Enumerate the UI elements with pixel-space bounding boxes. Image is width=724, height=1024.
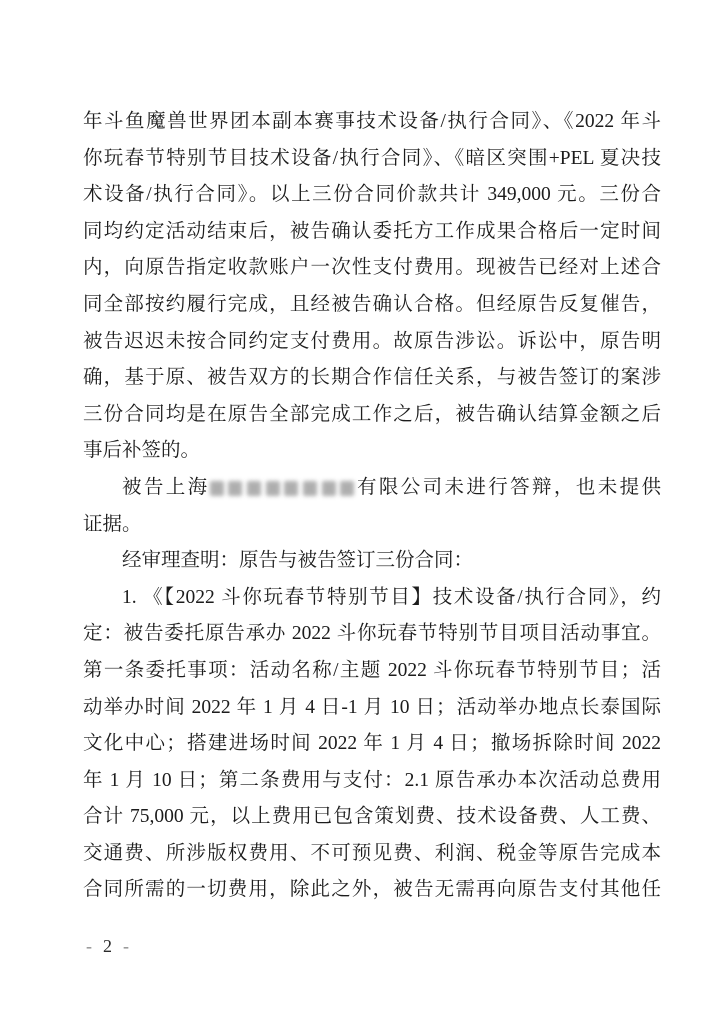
- judgment-text-block: 年斗鱼魔兽世界团本副本赛事技术设备/执行合同》、《2022 年斗你玩春节特别节目…: [83, 104, 661, 909]
- scanned-judgment-page: 年斗鱼魔兽世界团本副本赛事技术设备/执行合同》、《2022 年斗你玩春节特别节目…: [0, 0, 724, 1024]
- text-line: 内，向原告指定收款账户一次性支付费用。现被告已经对上述合: [83, 250, 661, 287]
- text-line: 证据。: [83, 507, 661, 544]
- page-number-left-dash: -: [86, 936, 92, 956]
- redaction-blob: [210, 481, 224, 496]
- redaction-blob: [322, 481, 336, 496]
- text-line: 确，基于原、被告双方的长期合作信任关系，与被告签订的案涉: [83, 360, 661, 397]
- text-line: 被告迟迟未按合同约定支付费用。故原告涉讼。诉讼中，原告明: [83, 324, 661, 361]
- text-line: 术设备/执行合同》。以上三份合同价款共计 349,000 元。三份合: [83, 177, 661, 214]
- text-line: 年 1 月 10 日；第二条费用与支付：2.1 原告承办本次活动总费用: [83, 763, 661, 800]
- text-line: 经审理查明：原告与被告签订三份合同：: [83, 543, 661, 580]
- text-segment: 有限公司未进行答辩，也未提供: [355, 477, 661, 498]
- page-number-right-dash: -: [123, 936, 129, 956]
- redaction-blob: [266, 481, 280, 496]
- text-line: 文化中心；搭建进场时间 2022 年 1 月 4 日；撤场拆除时间 2022: [83, 726, 661, 763]
- redaction-blob: [284, 481, 298, 496]
- redaction-blob: [303, 481, 317, 496]
- text-line: 同全部按约履行完成，且经被告确认合格。但经原告反复催告，: [83, 287, 661, 324]
- text-segment: 被告上海: [122, 477, 210, 498]
- text-line: 三份合同均是在原告全部完成工作之后，被告确认结算金额之后: [83, 397, 661, 434]
- redaction-blob: [228, 481, 242, 496]
- text-line: 第一条委托事项：活动名称/主题 2022 斗你玩春节特别节目；活: [83, 653, 661, 690]
- text-line: 1. 《【2022 斗你玩春节特别节目】技术设备/执行合同》，约: [83, 580, 661, 617]
- text-line: 合同所需的一切费用，除此之外，被告无需再向原告支付其他任: [83, 872, 661, 909]
- text-line: 交通费、所涉版权费用、不可预见费、利润、税金等原告完成本: [83, 836, 661, 873]
- text-line: 你玩春节特别节目技术设备/执行合同》、《暗区突围+PEL 夏决技: [83, 141, 661, 178]
- text-line: 事后补签的。: [83, 433, 661, 470]
- text-line: 定：被告委托原告承办 2022 斗你玩春节特别节目项目活动事宜。: [83, 616, 661, 653]
- text-line: 被告上海有限公司未进行答辩，也未提供: [83, 470, 661, 507]
- text-line: 年斗鱼魔兽世界团本副本赛事技术设备/执行合同》、《2022 年斗: [83, 104, 661, 141]
- redacted-company-name: [210, 479, 355, 498]
- text-line: 动举办时间 2022 年 1 月 4 日-1 月 10 日；活动举办地点长泰国际: [83, 690, 661, 727]
- text-line: 合计 75,000 元，以上费用已包含策划费、技术设备费、人工费、: [83, 799, 661, 836]
- page-number: -2-: [86, 933, 129, 959]
- redaction-blob: [247, 481, 261, 496]
- page-number-value: 2: [103, 936, 112, 956]
- text-line: 同均约定活动结束后，被告确认委托方工作成果合格后一定时间: [83, 214, 661, 251]
- redaction-blob: [340, 481, 354, 496]
